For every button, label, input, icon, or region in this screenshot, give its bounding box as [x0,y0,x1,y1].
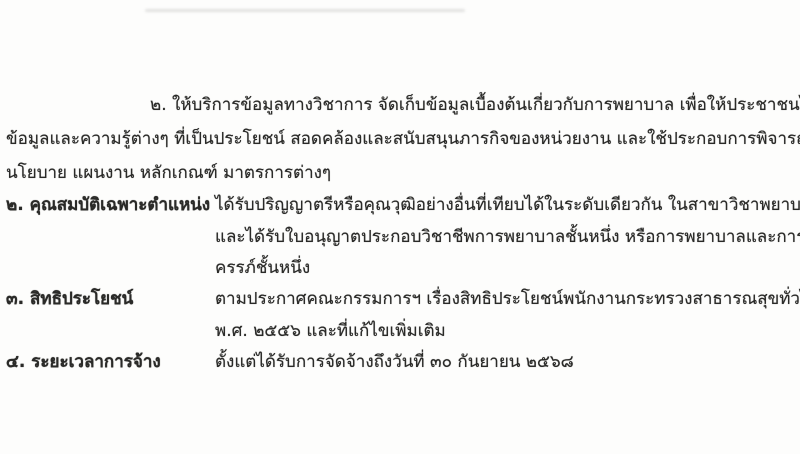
section-line: พ.ศ. ๒๕๕๖ และที่แก้ไขเพิ่มเติม [215,316,800,348]
paragraph-line: ๒. ให้บริการข้อมูลทางวิชาการ จัดเก็บข้อม… [6,88,796,122]
paragraph-line: ข้อมูลและความรู้ต่างๆ ที่เป็นประโยชน์ สอ… [6,122,796,156]
section-body-employment-duration: ตั้งแต่ได้รับการจัดจ้างถึงวันที่ ๓๐ กันย… [215,347,796,379]
section-line: ตั้งแต่ได้รับการจัดจ้างถึงวันที่ ๓๐ กันย… [215,347,796,379]
scan-artifact-line [145,9,465,12]
section-line: และได้รับใบอนุญาตประกอบวิชาชีพการพยาบาลช… [215,222,800,254]
section-qualifications: ๒. คุณสมบัติเฉพาะตำแหน่ง ได้รับปริญญาตรี… [6,190,796,285]
section-line: ตามประกาศคณะกรรมการฯ เรื่องสิทธิประโยชน์… [215,284,800,316]
section-heading-qualifications: ๒. คุณสมบัติเฉพาะตำแหน่ง [6,190,215,221]
section-heading-employment-duration: ๔. ระยะเวลาการจ้าง [6,347,215,378]
section-body-qualifications: ได้รับปริญญาตรีหรือคุณวุฒิอย่างอื่นที่เท… [215,190,800,285]
paragraph-line: นโยบาย แผนงาน หลักเกณฑ์ มาตรการต่างๆ [6,156,796,190]
section-line: ครรภ์ชั้นหนึ่ง [215,253,800,285]
section-employment-duration: ๔. ระยะเวลาการจ้าง ตั้งแต่ได้รับการจัดจ้… [6,347,796,379]
section-line: ได้รับปริญญาตรีหรือคุณวุฒิอย่างอื่นที่เท… [215,190,800,222]
duties-paragraph: ๒. ให้บริการข้อมูลทางวิชาการ จัดเก็บข้อม… [6,88,796,190]
section-benefits: ๓. สิทธิประโยชน์ ตามประกาศคณะกรรมการฯ เร… [6,284,796,347]
section-body-benefits: ตามประกาศคณะกรรมการฯ เรื่องสิทธิประโยชน์… [215,284,800,347]
section-heading-benefits: ๓. สิทธิประโยชน์ [6,284,215,315]
scanned-document-page: ๒. ให้บริการข้อมูลทางวิชาการ จัดเก็บข้อม… [0,0,800,454]
